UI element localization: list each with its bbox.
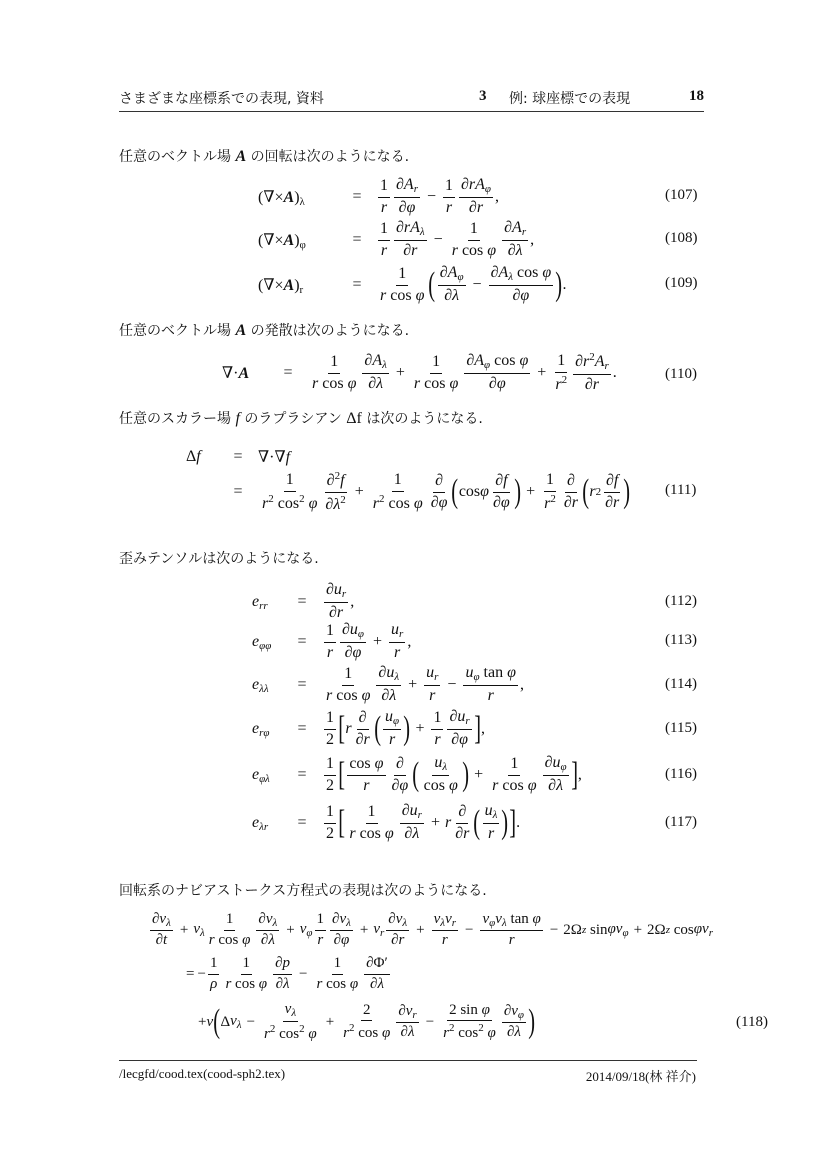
equation-number: (109) xyxy=(665,275,698,292)
equation-111-line1: Δf = ∇·∇f xyxy=(186,446,290,468)
header-rule xyxy=(119,111,704,112)
equation-number: (115) xyxy=(665,720,697,737)
equation-117: eλr = 12 [ 1r cos φ ∂ur∂λ + r∂∂r (uλr) ]… xyxy=(252,799,520,847)
equation-number: (110) xyxy=(665,366,697,383)
paragraph-laplacian-intro: 任意のスカラー場 f のラプラシアン Δf は次のようになる. xyxy=(119,408,483,428)
equation-number: (116) xyxy=(665,766,697,783)
equation-118-line2: =− 1ρ 1r cos φ ∂p∂λ − 1r cos φ ∂Φ′∂λ xyxy=(186,951,392,997)
equation-107: (∇×A)λ = 1r ∂Ar∂φ − 1r ∂rAφ∂r, xyxy=(258,175,499,219)
page-number: 18 xyxy=(689,88,704,105)
paragraph-curl-intro: 任意のベクトル場 A の回転は次のようになる. xyxy=(119,146,409,166)
paragraph-navier-stokes-intro: 回転系のナビアストークス方程式の表現は次のようになる. xyxy=(119,880,487,900)
footer-date-author: 2014/09/18(林 祥介) xyxy=(586,1066,696,1085)
equation-115: erφ = 12 [ r∂∂r (uφr) + 1r ∂ur∂φ ], xyxy=(252,706,485,752)
equation-118-line1: ∂vλ∂t +vλ 1r cos φ ∂vλ∂λ +vφ 1r ∂vλ∂φ +v… xyxy=(148,907,713,953)
equation-number: (113) xyxy=(665,632,697,649)
equation-113: eφφ = 1r ∂uφ∂φ + urr, xyxy=(252,621,411,663)
equation-number: (114) xyxy=(665,676,697,693)
document-title: さまざまな座標系での表現, 資料 xyxy=(119,88,324,108)
equation-116: eφλ = 12 [ cos φr ∂∂φ (uλcos φ) + 1r cos… xyxy=(252,751,582,799)
equation-number: (107) xyxy=(665,187,698,204)
equation-number: (111) xyxy=(665,482,696,499)
equation-109: (∇×A)r = 1r cos φ ( ∂Aφ∂λ − ∂Aλ cos φ∂φ … xyxy=(258,261,567,309)
equation-108: (∇×A)φ = 1r ∂rAλ∂r − 1r cos φ ∂Ar∂λ, xyxy=(258,218,534,262)
document-page: さまざまな座標系での表現, 資料 3 例: 球座標での表現 18 任意のベクトル… xyxy=(0,0,826,1169)
equation-112: err = ∂ur∂r, xyxy=(252,581,354,623)
footer-rule xyxy=(119,1060,697,1061)
running-header: さまざまな座標系での表現, 資料 3 例: 球座標での表現 18 xyxy=(119,88,704,110)
paragraph-strain-intro: 歪みテンソルは次のようになる. xyxy=(119,548,319,568)
equation-111-line2: = 1r2 cos2 φ ∂2f∂λ2 + 1r2 cos φ ∂∂φ (cos… xyxy=(186,468,631,516)
section-number: 3 xyxy=(479,88,487,105)
paragraph-div-intro: 任意のベクトル場 A の発散は次のようになる. xyxy=(119,320,409,340)
equation-number: (118) xyxy=(736,1014,768,1031)
equation-118-line3: +ν ( Δvλ − vλr2 cos2 φ + 2r2 cos φ ∂vr∂λ… xyxy=(198,997,535,1047)
equation-number: (108) xyxy=(665,230,698,247)
section-title: 例: 球座標での表現 xyxy=(509,88,630,108)
equation-110: ∇·A = 1r cos φ ∂Aλ∂λ + 1r cos φ ∂Aφ cos … xyxy=(222,350,617,396)
footer-source: /lecgfd/cood.tex(cood-sph2.tex) xyxy=(119,1066,285,1082)
equation-114: eλλ = 1r cos φ ∂uλ∂λ + urr − uφ tan φr, xyxy=(252,662,524,708)
equation-number: (117) xyxy=(665,814,697,831)
equation-number: (112) xyxy=(665,593,697,610)
